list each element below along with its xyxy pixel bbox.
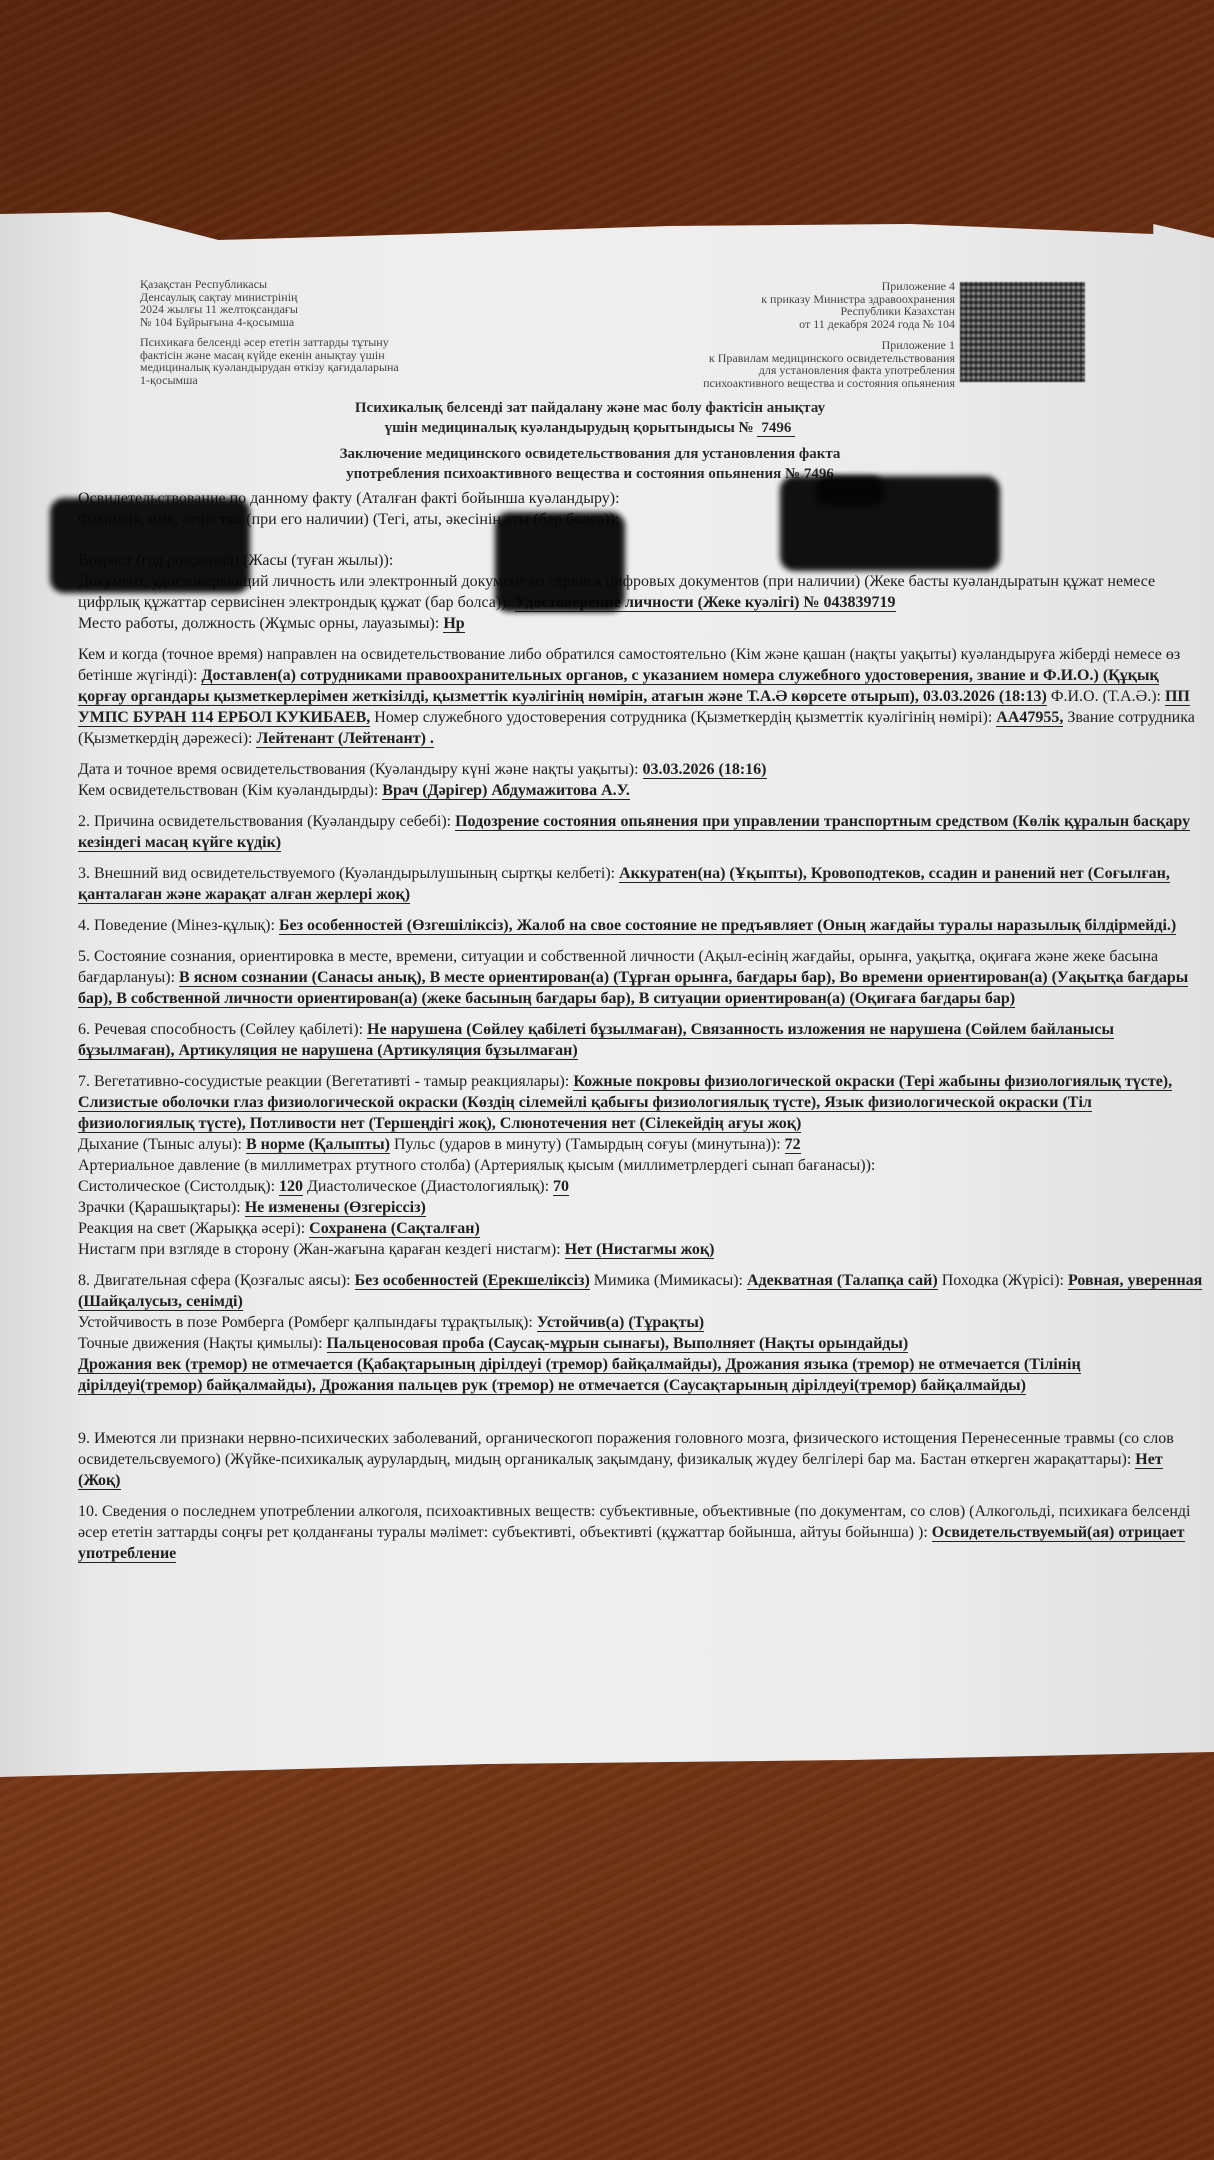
disorders-label: 9. Имеются ли признаки нервно-психически…	[78, 1430, 1174, 1468]
field-blood-pressure: Артериальное давление (в миллиметрах рту…	[78, 1155, 1208, 1176]
field-breathing-pulse: Дыхание (Тыныс алуы): В норме (Қалыпты) …	[78, 1134, 1208, 1155]
nystagmus-label: Нистагм при взгляде в сторону (Жан-жағын…	[78, 1241, 561, 1258]
vegetative-label: 7. Вегетативно-сосудистые реакции (Вегет…	[78, 1073, 569, 1090]
field-examiner: Кем освидетельствован (Кім куәландырды):…	[78, 780, 1208, 801]
header-left-line: Қазақстан Республикасы	[140, 278, 520, 291]
pupils-label: Зрачки (Қарашықтары):	[78, 1199, 241, 1216]
title-ru-line1: Заключение медицинского освидетельствова…	[200, 444, 980, 464]
precise-movements-label: Точные движения (Нақты қимылы):	[78, 1335, 323, 1352]
officer-badge-label: Номер служебного удостоверения сотрудник…	[374, 709, 992, 726]
section-8-motor: 8. Двигательная сфера (Қозғалыс аясы): Б…	[78, 1270, 1208, 1312]
title-kz-line2: үшін медициналық куәландырудың қорытынды…	[385, 420, 754, 436]
header-left-line: медициналық куәландырудан өткізу қағидал…	[140, 361, 520, 374]
section-9-disorders: 9. Имеются ли признаки нервно-психически…	[78, 1428, 1208, 1491]
mimic-value: Адекватная (Талапқа сай)	[747, 1272, 938, 1290]
header-right-line: Приложение 4	[570, 280, 955, 293]
header-left-line: 2024 жылғы 11 желтоқсандағы	[140, 303, 520, 316]
field-systolic-diastolic: Систолическое (Систолдық): 120 Диастолич…	[78, 1176, 1208, 1197]
field-referral: Кем и когда (точное время) направлен на …	[78, 644, 1208, 749]
exam-datetime-value: 03.03.2026 (18:16)	[643, 761, 767, 779]
header-right-line: для установления факта употребления	[570, 364, 955, 377]
header-right-line: Приложение 1	[570, 339, 955, 352]
exam-datetime-label: Дата и точное время освидетельствования …	[78, 761, 639, 778]
examiner-label: Кем освидетельствован (Кім куәландырды):	[78, 782, 378, 799]
light-reaction-label: Реакция на свет (Жарыққа әсері):	[78, 1220, 305, 1237]
document-body: Освидетельствование по данному факту (Ат…	[78, 488, 1208, 1564]
mimic-label: Мимика (Мимикасы):	[594, 1272, 743, 1289]
breathing-value: В норме (Қалыпты)	[246, 1136, 390, 1154]
header-left-line: Психикаға белсенді әсер ететін заттарды …	[140, 336, 520, 349]
field-light-reaction: Реакция на свет (Жарыққа әсері): Сохране…	[78, 1218, 1208, 1239]
officer-rank-value: Лейтенант (Лейтенант) .	[256, 730, 433, 748]
tremor-value: Дрожания век (тремор) не отмечается (Қаб…	[78, 1356, 1081, 1395]
header-right-line: от 11 декабря 2024 года № 104	[570, 318, 955, 331]
workplace-value: Нр	[443, 615, 464, 633]
pulse-value: 72	[785, 1136, 801, 1154]
header-right-line: психоактивного вещества и состояния опья…	[570, 377, 955, 390]
field-romberg: Устойчивость в позе Ромберга (Ромберг қа…	[78, 1312, 1208, 1333]
section-2-reason: 2. Причина освидетельствования (Куәланды…	[78, 811, 1208, 853]
consciousness-value: В ясном сознании (Санасы анық), В месте …	[78, 969, 1188, 1008]
redaction-mark	[495, 512, 625, 612]
title-kz-line1: Психикалық белсенді зат пайдалану және м…	[200, 398, 980, 418]
redaction-mark	[780, 476, 1000, 571]
redaction-mark	[50, 498, 250, 593]
behavior-value: Без особенностей (Өзгешіліксіз), Жалоб н…	[279, 917, 1176, 935]
motor-value: Без особенностей (Ерекшеліксіз)	[355, 1272, 590, 1290]
behavior-label: 4. Поведение (Мінез-құлық):	[78, 917, 275, 934]
field-workplace: Место работы, должность (Жұмыс орны, лау…	[78, 613, 1208, 634]
motor-label: 8. Двигательная сфера (Қозғалыс аясы):	[78, 1272, 351, 1289]
precise-movements-value: Пальценосовая проба (Саусақ-мұрын сынағы…	[327, 1335, 909, 1353]
diastolic-value: 70	[553, 1178, 569, 1196]
field-exam-datetime: Дата и точное время освидетельствования …	[78, 759, 1208, 780]
gait-label: Походка (Жүрісі):	[942, 1272, 1064, 1289]
footer-rule	[10, 1878, 1210, 1880]
header-right-ru: Приложение 4 к приказу Министра здравоох…	[570, 280, 955, 389]
appearance-label: 3. Внешний вид освидетельствуемого (Куәл…	[78, 865, 615, 882]
examiner-value: Врач (Дәрігер) Абдумажитова А.У.	[382, 782, 630, 800]
section-5-consciousness: 5. Состояние сознания, ориентировка в ме…	[78, 946, 1208, 1009]
field-tremor: Дрожания век (тремор) не отмечается (Қаб…	[78, 1354, 1208, 1396]
nystagmus-value: Нет (Нистагмы жоқ)	[565, 1241, 715, 1259]
pulse-label: Пульс (ударов в минуту) (Тамырдың соғуы …	[394, 1136, 781, 1153]
field-precise-movements: Точные движения (Нақты қимылы): Пальцено…	[78, 1333, 1208, 1354]
qr-code-icon	[960, 282, 1085, 382]
header-right-line: Республики Казахстан	[570, 305, 955, 318]
officer-name-label: Ф.И.О. (Т.А.Ә.):	[1051, 688, 1161, 705]
reason-label: 2. Причина освидетельствования (Куәланды…	[78, 813, 451, 830]
speech-label: 6. Речевая способность (Сөйлеу қабілеті)…	[78, 1021, 363, 1038]
section-7-vegetative: 7. Вегетативно-сосудистые реакции (Вегет…	[78, 1071, 1208, 1134]
header-left-line: № 104 Бұйрығына 4-қосымша	[140, 316, 520, 329]
header-left-kz: Қазақстан Республикасы Денсаулық сақтау …	[140, 278, 520, 386]
field-pupils: Зрачки (Қарашықтары): Не изменены (Өзгер…	[78, 1197, 1208, 1218]
light-reaction-value: Сохранена (Сақталған)	[309, 1220, 480, 1238]
redaction-mark	[815, 476, 885, 506]
romberg-label: Устойчивость в позе Ромберга (Ромберг қа…	[78, 1314, 533, 1331]
breathing-label: Дыхание (Тыныс алуы):	[78, 1136, 242, 1153]
section-3-appearance: 3. Внешний вид освидетельствуемого (Куәл…	[78, 863, 1208, 905]
conclusion-number: 7496	[757, 420, 795, 437]
pupils-value: Не изменены (Өзгеріссіз)	[245, 1199, 426, 1217]
referral-value: Доставлен(а) сотрудниками правоохранител…	[78, 667, 1159, 706]
romberg-value: Устойчив(а) (Тұрақты)	[537, 1314, 704, 1332]
field-nystagmus: Нистагм при взгляде в сторону (Жан-жағын…	[78, 1239, 1208, 1260]
section-6-speech: 6. Речевая способность (Сөйлеу қабілеті)…	[78, 1019, 1208, 1061]
blood-pressure-label: Артериальное давление (в миллиметрах рту…	[78, 1157, 875, 1174]
officer-badge-value: АА47955,	[996, 709, 1063, 727]
page-number: 1	[1198, 1880, 1206, 1898]
section-4-behavior: 4. Поведение (Мінез-құлық): Без особенно…	[78, 915, 1208, 936]
workplace-label: Место работы, должность (Жұмыс орны, лау…	[78, 615, 439, 632]
systolic-value: 120	[279, 1178, 303, 1196]
document-page: Қазақстан Республикасы Денсаулық сақтау …	[0, 212, 1214, 1777]
title-kazakh: Психикалық белсенді зат пайдалану және м…	[200, 398, 980, 438]
systolic-label: Систолическое (Систолдық):	[78, 1178, 275, 1195]
diastolic-label: Диастолическое (Диастологиялық):	[307, 1178, 549, 1195]
section-10-last-use: 10. Сведения о последнем употреблении ал…	[78, 1501, 1208, 1564]
header-left-line: 1-қосымша	[140, 374, 520, 387]
